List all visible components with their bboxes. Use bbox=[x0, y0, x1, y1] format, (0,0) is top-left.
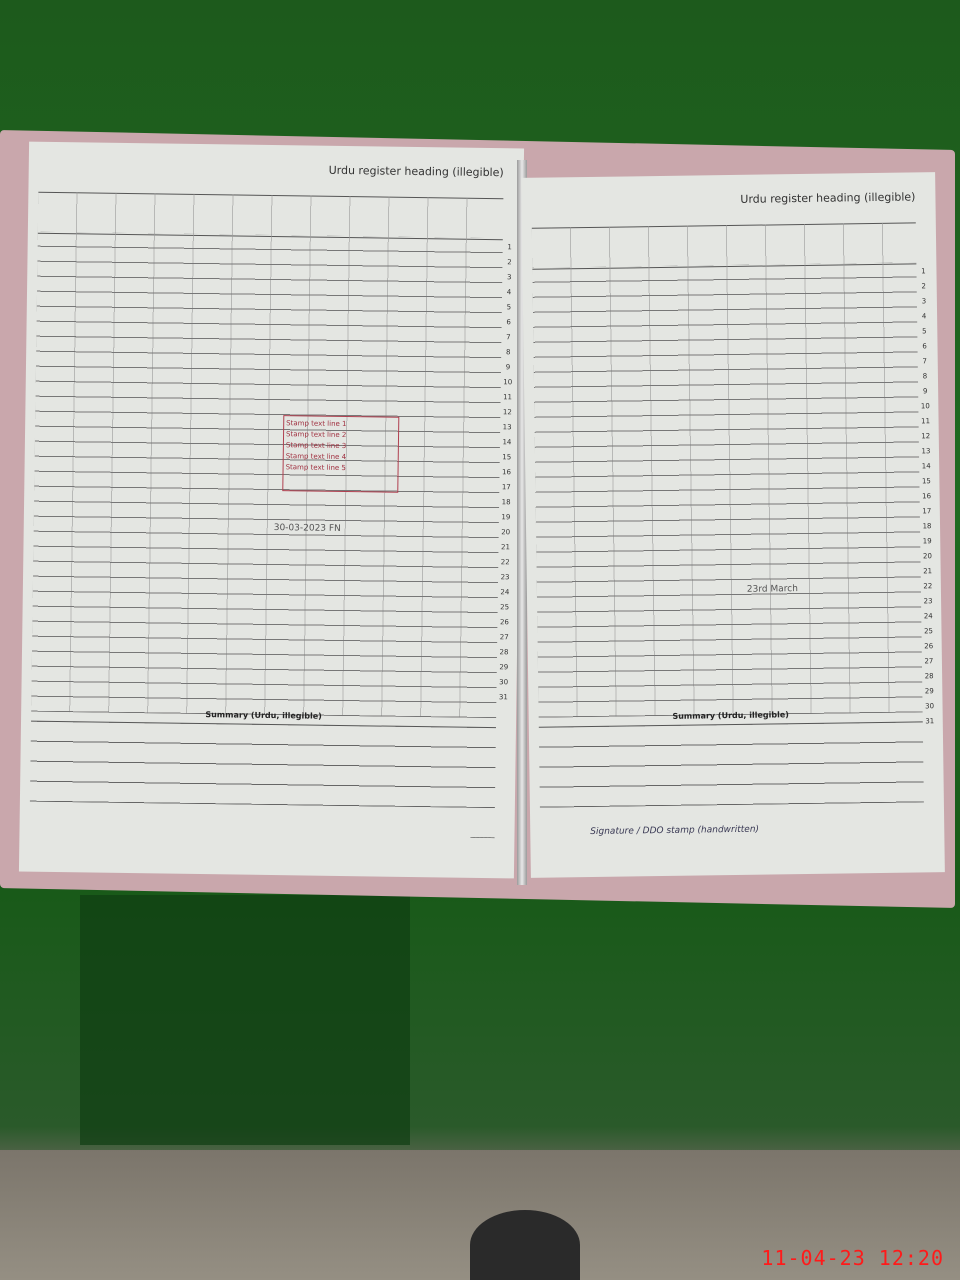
left-footer: ______ bbox=[39, 823, 494, 838]
row-number: 22 bbox=[921, 579, 935, 594]
row-number: 17 bbox=[920, 504, 934, 519]
row-number: 29 bbox=[922, 684, 936, 699]
row-number: 11 bbox=[918, 414, 932, 429]
row-number: 11 bbox=[500, 390, 514, 405]
row-number: 9 bbox=[501, 360, 515, 375]
row-number: 5 bbox=[917, 324, 931, 339]
row-number: 7 bbox=[918, 354, 932, 369]
row-number: 18 bbox=[499, 495, 513, 510]
right-page: Urdu register heading (illegible) 123456… bbox=[521, 172, 945, 878]
row-number: Stamp text line 5 bbox=[286, 462, 396, 475]
row-number: 4 bbox=[502, 285, 516, 300]
row-number: 16 bbox=[499, 465, 513, 480]
row-number: 10 bbox=[501, 375, 515, 390]
row-number: 23 bbox=[498, 570, 512, 585]
row-number: 8 bbox=[918, 369, 932, 384]
row-number: 14 bbox=[500, 435, 514, 450]
row-number: 9 bbox=[918, 384, 932, 399]
red-stamp: Stamp text line 1Stamp text line 2Stamp … bbox=[282, 415, 399, 493]
row-number: 22 bbox=[498, 555, 512, 570]
row-number: 1 bbox=[503, 240, 517, 255]
row-number: 29 bbox=[497, 660, 511, 675]
left-page: Urdu register heading (illegible) 123456… bbox=[19, 142, 524, 879]
right-row-lines bbox=[532, 262, 922, 717]
march-note: 23rd March bbox=[747, 584, 798, 595]
row-number: 19 bbox=[920, 534, 934, 549]
shoe bbox=[470, 1210, 580, 1280]
row-number: 27 bbox=[497, 630, 511, 645]
row-number: 3 bbox=[917, 294, 931, 309]
row-number: 12 bbox=[500, 405, 514, 420]
row-number: 17 bbox=[499, 480, 513, 495]
signature: Signature / DDO stamp (handwritten) bbox=[590, 825, 759, 837]
row-number: 10 bbox=[918, 399, 932, 414]
row-number: 24 bbox=[921, 609, 935, 624]
row-number: 23 bbox=[921, 594, 935, 609]
row-number: 25 bbox=[921, 624, 935, 639]
row-number: 8 bbox=[501, 345, 515, 360]
row-number: 6 bbox=[917, 339, 931, 354]
row-number: 30 bbox=[497, 675, 511, 690]
row-number: 20 bbox=[499, 525, 513, 540]
row-number: 28 bbox=[922, 669, 936, 684]
photo-timestamp: 11-04-23 12:20 bbox=[761, 1246, 944, 1270]
row-number: 4 bbox=[917, 309, 931, 324]
row-number: 28 bbox=[497, 645, 511, 660]
left-summary-table: Summary (Urdu, illegible) bbox=[30, 721, 496, 808]
row-number: 26 bbox=[497, 615, 511, 630]
row-number: 13 bbox=[919, 444, 933, 459]
row-number: 24 bbox=[498, 585, 512, 600]
row-number: 31 bbox=[923, 714, 937, 729]
left-page-title: Urdu register heading (illegible) bbox=[49, 160, 504, 190]
row-number: 12 bbox=[919, 429, 933, 444]
row-number: 21 bbox=[921, 564, 935, 579]
row-number: 15 bbox=[919, 474, 933, 489]
row-number: 1 bbox=[916, 264, 930, 279]
row-number: 26 bbox=[922, 639, 936, 654]
right-page-title: Urdu register heading (illegible) bbox=[541, 190, 915, 219]
table-shadow bbox=[80, 895, 410, 1145]
row-number: 2 bbox=[502, 255, 516, 270]
row-number: 20 bbox=[920, 549, 934, 564]
row-number: 21 bbox=[498, 540, 512, 555]
row-number: 18 bbox=[920, 519, 934, 534]
row-number: 13 bbox=[500, 420, 514, 435]
date-note: 30-03-2023 FN bbox=[274, 523, 341, 534]
row-number: 25 bbox=[498, 600, 512, 615]
left-row-lines bbox=[31, 232, 503, 718]
row-number: 16 bbox=[920, 489, 934, 504]
row-number: 15 bbox=[500, 450, 514, 465]
row-number: 6 bbox=[502, 315, 516, 330]
row-number: 3 bbox=[502, 270, 516, 285]
row-number: 2 bbox=[917, 279, 931, 294]
row-number: 14 bbox=[919, 459, 933, 474]
row-number: 30 bbox=[922, 699, 936, 714]
row-number: 19 bbox=[499, 510, 513, 525]
row-number: 7 bbox=[501, 330, 515, 345]
row-number: 27 bbox=[922, 654, 936, 669]
row-number: 31 bbox=[496, 690, 510, 705]
row-number: 5 bbox=[502, 300, 516, 315]
right-summary-table: Summary (Urdu, illegible) bbox=[539, 721, 924, 807]
